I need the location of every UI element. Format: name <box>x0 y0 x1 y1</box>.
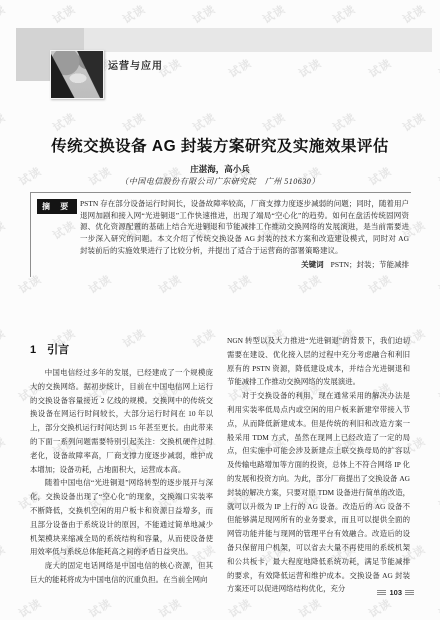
abstract-label: 摘 要 <box>37 199 77 214</box>
scanned-paper-page: 试读试读试读试读试读试读试读试读试读试读试读试读试读试读试读试读试读试读试读试读… <box>0 0 440 620</box>
left-column: 1 引言 中国电信经过多年的发展，已经建成了一个规模庞大的交换网络。据初步统计，… <box>30 341 213 587</box>
keywords-row: 关键词PSTN；封装；节能减排 <box>80 259 409 270</box>
body-paragraph: 随着中国电信“光进铜退”网络转型的逐步展开与深化，交换设备出现了“空心化”的现象… <box>30 476 213 559</box>
column-category-label: 运营与应用 <box>108 57 163 72</box>
article-affiliation: （中国电信股份有限公司广东研究院 广州 510630） <box>0 176 440 187</box>
keywords-label: 关键词 <box>301 260 324 269</box>
keywords-text: PSTN；封装；节能减排 <box>331 260 409 269</box>
handshake-photo <box>50 50 104 99</box>
abstract-box: 摘 要 PSTN 存在部分设备运行时间长，设备故障率较高，厂商支撑力度逐步减弱的… <box>30 192 411 277</box>
section-1-heading: 1 引言 <box>30 341 213 357</box>
body-paragraph: NGN 转型以及大力推进“光进铜退”的背景下，我们迫切需要在建设、优化接入层的过… <box>227 334 410 389</box>
body-paragraph: 庞大的固定电话网络是中国电信的核心资源，但其巨大的能耗将成为中国电信的沉重负担。… <box>30 559 213 587</box>
page-content: 运营与应用 传统交换设备 AG 封装方案研究及实施效果评估 庄湛海，高小兵 （中… <box>0 0 440 620</box>
body-paragraph: 中国电信经过多年的发展，已经建成了一个规模庞大的交换网络。据初步统计，目前在中国… <box>30 366 213 476</box>
article-title: 传统交换设备 AG 封装方案研究及实施效果评估 <box>0 134 440 156</box>
page-number-rule-right <box>405 590 414 595</box>
article-authors: 庄湛海，高小兵 <box>0 163 440 175</box>
body-paragraph: 对于交换设备的利用，现在通常采用的解决办法是利用实装率低局点内或空闲的用户板来新… <box>227 389 410 596</box>
page-number: 103 <box>389 588 402 597</box>
right-column: NGN 转型以及大力推进“光进铜退”的背景下，我们迫切需要在建设、优化接入层的过… <box>227 334 410 596</box>
page-number-rule-left <box>377 590 386 595</box>
page-number-block: 103 <box>377 588 414 597</box>
abstract-text: PSTN 存在部分设备运行时间长，设备故障率较高，厂商支撑力度逐步减弱的问题；同… <box>80 198 409 257</box>
